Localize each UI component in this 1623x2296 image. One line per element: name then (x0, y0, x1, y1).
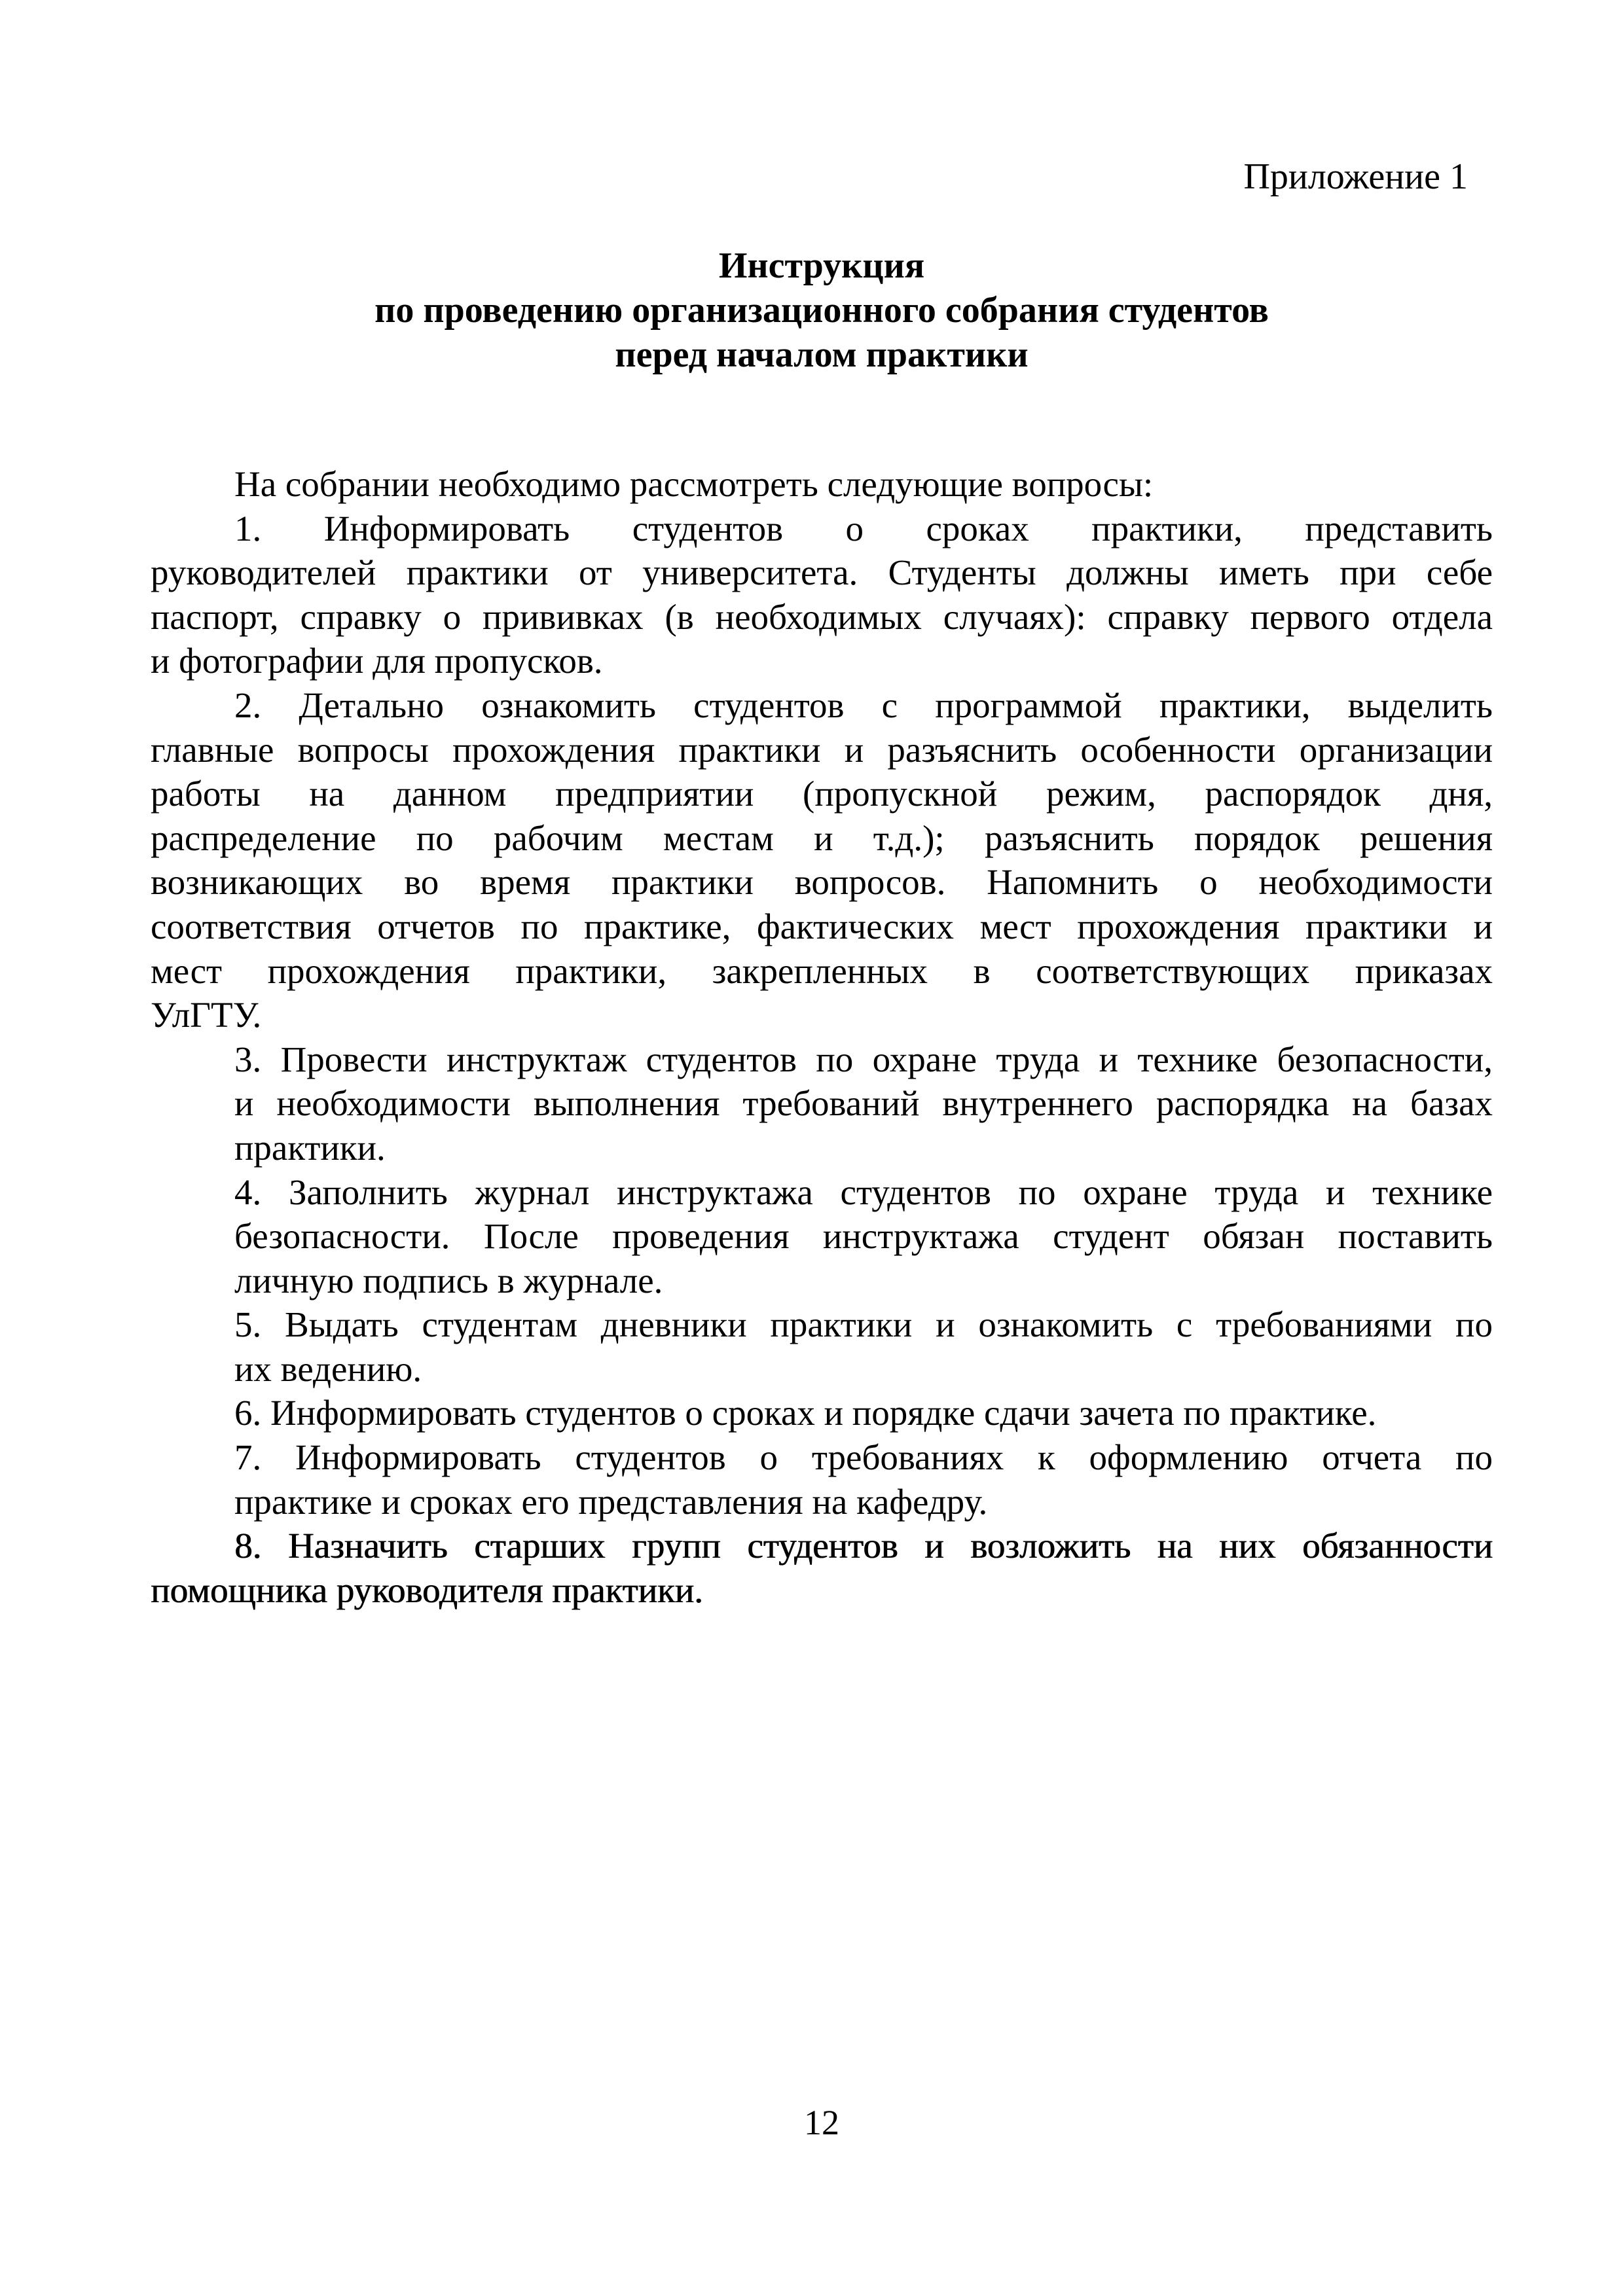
document-body: На собрании необходимо рассмотреть следу… (151, 462, 1493, 1612)
paragraph-1: На собрании необходимо рассмотреть следу… (151, 462, 1493, 507)
title-line-3: перед началом практики (151, 332, 1493, 377)
document-page: Приложение 1 Инструкция по проведению ор… (0, 0, 1623, 2296)
paragraph-line: 3. Провести инструктаж студентов по охра… (151, 1037, 1493, 1082)
annex-label: Приложение 1 (151, 154, 1493, 199)
paragraph-line: 5. Выдать студентам дневники практики и … (151, 1302, 1493, 1347)
paragraph-8: 7. Информировать студентов о требованиях… (151, 1435, 1493, 1524)
page-number: 12 (151, 2101, 1493, 2144)
title-line-2: по проведению организационного собрания … (151, 288, 1493, 332)
title-line-1: Инструкция (151, 243, 1493, 288)
paragraph-line: соответствия отчетов по практике, фактич… (151, 905, 1493, 949)
paragraph-line: 2. Детально ознакомить студентов с прогр… (151, 683, 1493, 728)
paragraph-line: 1. Информировать студентов о сроках прак… (151, 507, 1493, 551)
paragraph-line: УлГТУ. (151, 993, 1493, 1037)
document-content: Приложение 1 Инструкция по проведению ор… (0, 0, 1623, 1612)
paragraph-7: 6. Информировать студентов о сроках и по… (151, 1391, 1493, 1435)
paragraph-line: руководителей практики от университета. … (151, 550, 1493, 595)
paragraph-line: практике и сроках его представления на к… (151, 1480, 1493, 1524)
document-title: Инструкция по проведению организационног… (151, 243, 1493, 377)
paragraph-line: главные вопросы прохождения практики и р… (151, 728, 1493, 772)
paragraph-line: 6. Информировать студентов о сроках и по… (151, 1391, 1493, 1435)
paragraph-9: 8. Назначить старших групп студентов и в… (151, 1524, 1493, 1612)
paragraph-line: На собрании необходимо рассмотреть следу… (151, 462, 1493, 507)
paragraph-line: 7. Информировать студентов о требованиях… (151, 1435, 1493, 1480)
paragraph-line: безопасности. После проведения инструкта… (151, 1214, 1493, 1259)
paragraph-line: помощника руководителя практики. (151, 1568, 1493, 1613)
paragraph-line: мест прохождения практики, закрепленных … (151, 949, 1493, 994)
paragraph-line: 4. Заполнить журнал инструктажа студенто… (151, 1170, 1493, 1215)
paragraph-line: возникающих во время практики вопросов. … (151, 860, 1493, 905)
paragraph-4: 3. Провести инструктаж студентов по охра… (151, 1037, 1493, 1170)
paragraph-line: и необходимости выполнения требований вн… (151, 1081, 1493, 1126)
paragraph-6: 5. Выдать студентам дневники практики и … (151, 1302, 1493, 1391)
paragraph-2: 1. Информировать студентов о сроках прак… (151, 507, 1493, 683)
paragraph-line: распределение по рабочим местам и т.д.);… (151, 816, 1493, 861)
paragraph-line: их ведению. (151, 1347, 1493, 1391)
paragraph-line: личную подпись в журнале. (151, 1259, 1493, 1303)
paragraph-line: практики. (151, 1126, 1493, 1170)
paragraph-3: 2. Детально ознакомить студентов с прогр… (151, 683, 1493, 1037)
paragraph-line: работы на данном предприятии (пропускной… (151, 772, 1493, 816)
paragraph-line: 8. Назначить старших групп студентов и в… (151, 1524, 1493, 1568)
paragraph-line: и фотографии для пропусков. (151, 639, 1493, 683)
paragraph-5: 4. Заполнить журнал инструктажа студенто… (151, 1170, 1493, 1303)
paragraph-line: паспорт, справку о прививках (в необходи… (151, 595, 1493, 639)
